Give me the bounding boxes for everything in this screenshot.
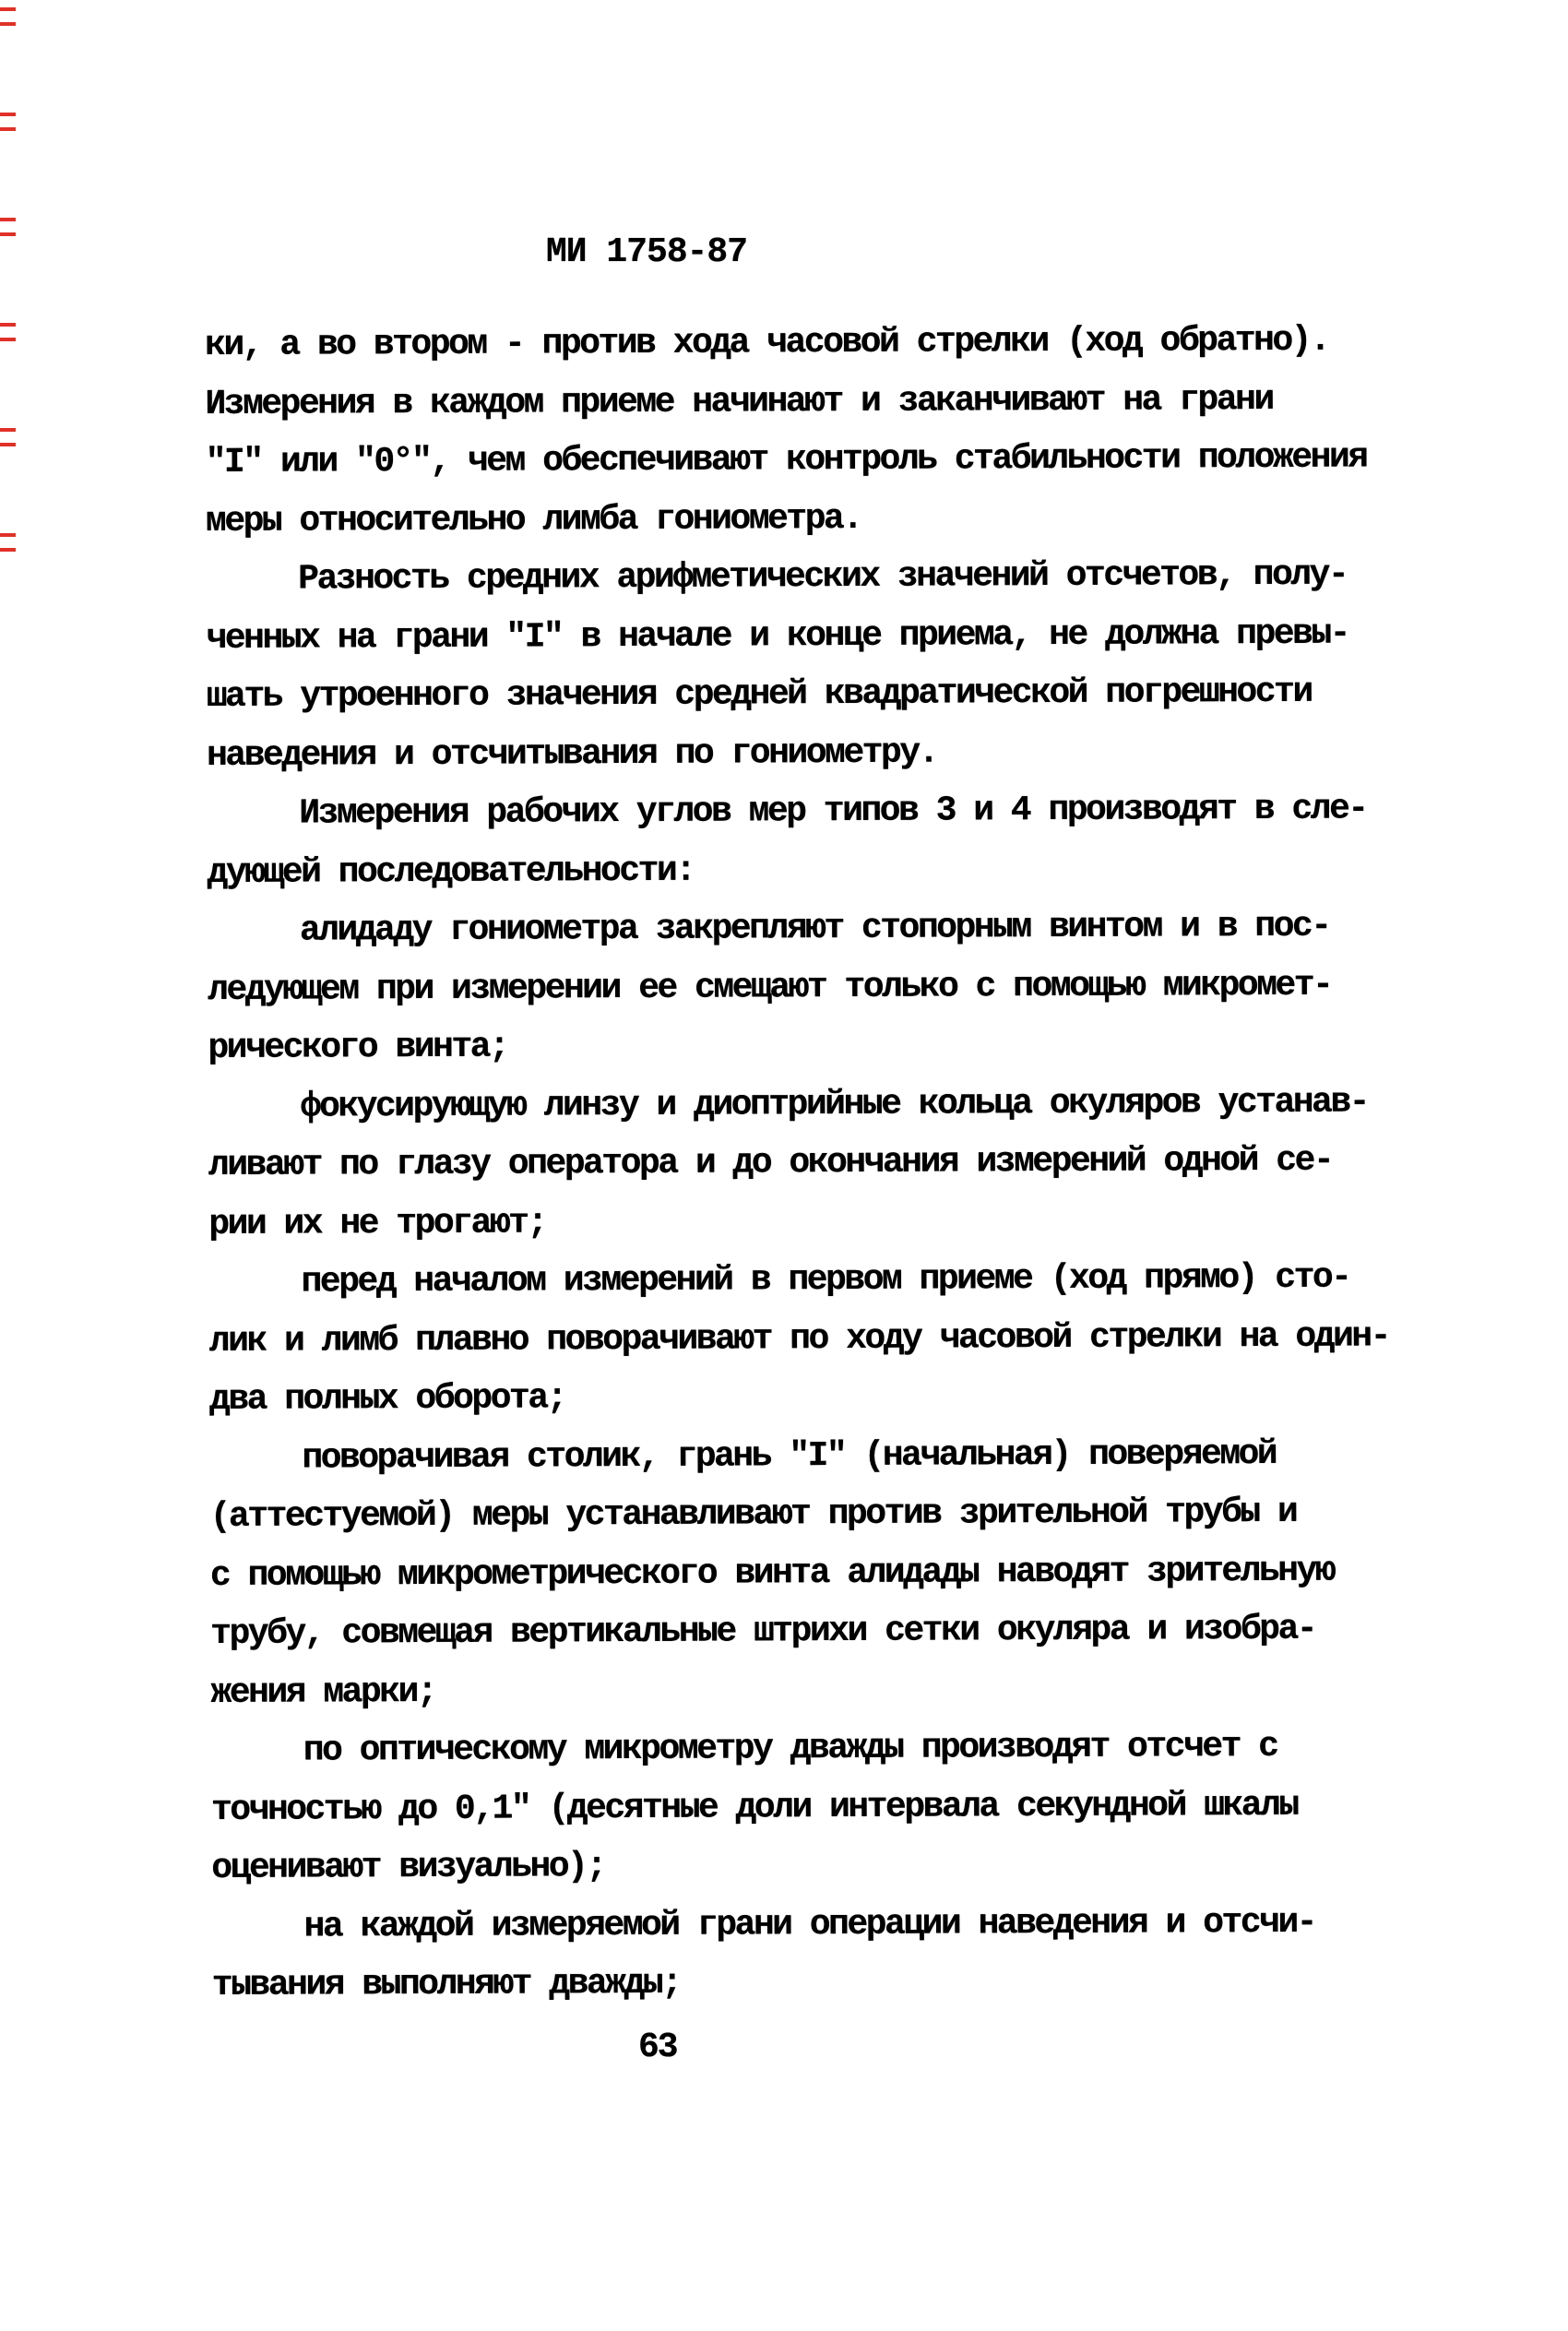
text-line-12: ледующем при измерении ее смещают только… (208, 956, 1407, 1019)
text-line-15: ливают по глазу оператора и до окончания… (208, 1131, 1408, 1195)
text-line-25: по оптическому микрометру дважды произво… (211, 1717, 1410, 1780)
text-line-13: рического винта; (208, 1014, 1407, 1077)
text-line-20: поворачивая столик, грань "I" (начальная… (209, 1424, 1408, 1488)
text-line-3: "I" или "0°", чем обеспечивают контроль … (206, 428, 1405, 492)
text-line-16: рии их не трогают; (208, 1190, 1408, 1254)
red-dash-icon (0, 218, 16, 236)
text-line-18: лик и лимб плавно поворачивают по ходу ч… (209, 1307, 1408, 1371)
red-dash-icon (0, 428, 16, 446)
document-code: МИ 1758-87 (546, 232, 747, 272)
text-line-26: точностью до 0,1" (десятные доли интерва… (211, 1776, 1410, 1839)
red-dash-icon (0, 7, 16, 26)
text-line-8: наведения и отсчитывания по гониометру. (207, 721, 1406, 785)
text-line-19: два полных оборота; (209, 1365, 1408, 1429)
text-line-17: перед началом измерений в первом приеме … (208, 1248, 1408, 1312)
page-number: 63 (638, 2028, 677, 2067)
text-line-23: трубу, совмещая вертикальные штрихи сетк… (210, 1600, 1409, 1663)
scanned-document-page: МИ 1758-87 ки, а во втором - против хода… (0, 0, 1568, 2331)
text-line-27: оценивают визуально); (211, 1834, 1410, 1897)
text-line-7: шать утроенного значения средней квадрат… (207, 662, 1406, 726)
text-line-9: Измерения рабочих углов мер типов 3 и 4 … (207, 779, 1406, 843)
red-edge-marks (0, 0, 22, 646)
text-line-4: меры относительно лимба гониометра. (206, 487, 1405, 551)
text-line-14: фокусирующую линзу и диоптрийные кольца … (208, 1073, 1408, 1136)
text-line-10: дующей последовательности: (207, 838, 1406, 902)
text-line-22: с помощью микрометрического винта алидад… (210, 1541, 1409, 1605)
text-line-2: Измерения в каждом приеме начинают и зак… (205, 370, 1404, 434)
body-text: ки, а во втором - против хода часовой ст… (205, 311, 1411, 2015)
text-line-1: ки, а во втором - против хода часовой ст… (205, 311, 1404, 375)
text-line-11: алидаду гониометра закрепляют стопорным … (208, 897, 1407, 960)
red-dash-icon (0, 113, 16, 131)
text-line-28: на каждой измеряемой грани операции наве… (211, 1893, 1410, 1956)
text-line-5: Разность средних арифметических значений… (206, 545, 1405, 609)
text-line-21: (аттестуемой) меры устанавливают против … (210, 1482, 1409, 1546)
text-line-29: тывания выполняют дважды; (212, 1951, 1411, 2015)
text-line-6: ченных на грани "I" в начале и конце при… (206, 604, 1405, 668)
red-dash-icon (0, 533, 16, 552)
text-line-24: жения марки; (210, 1659, 1409, 1722)
red-dash-icon (0, 323, 16, 341)
